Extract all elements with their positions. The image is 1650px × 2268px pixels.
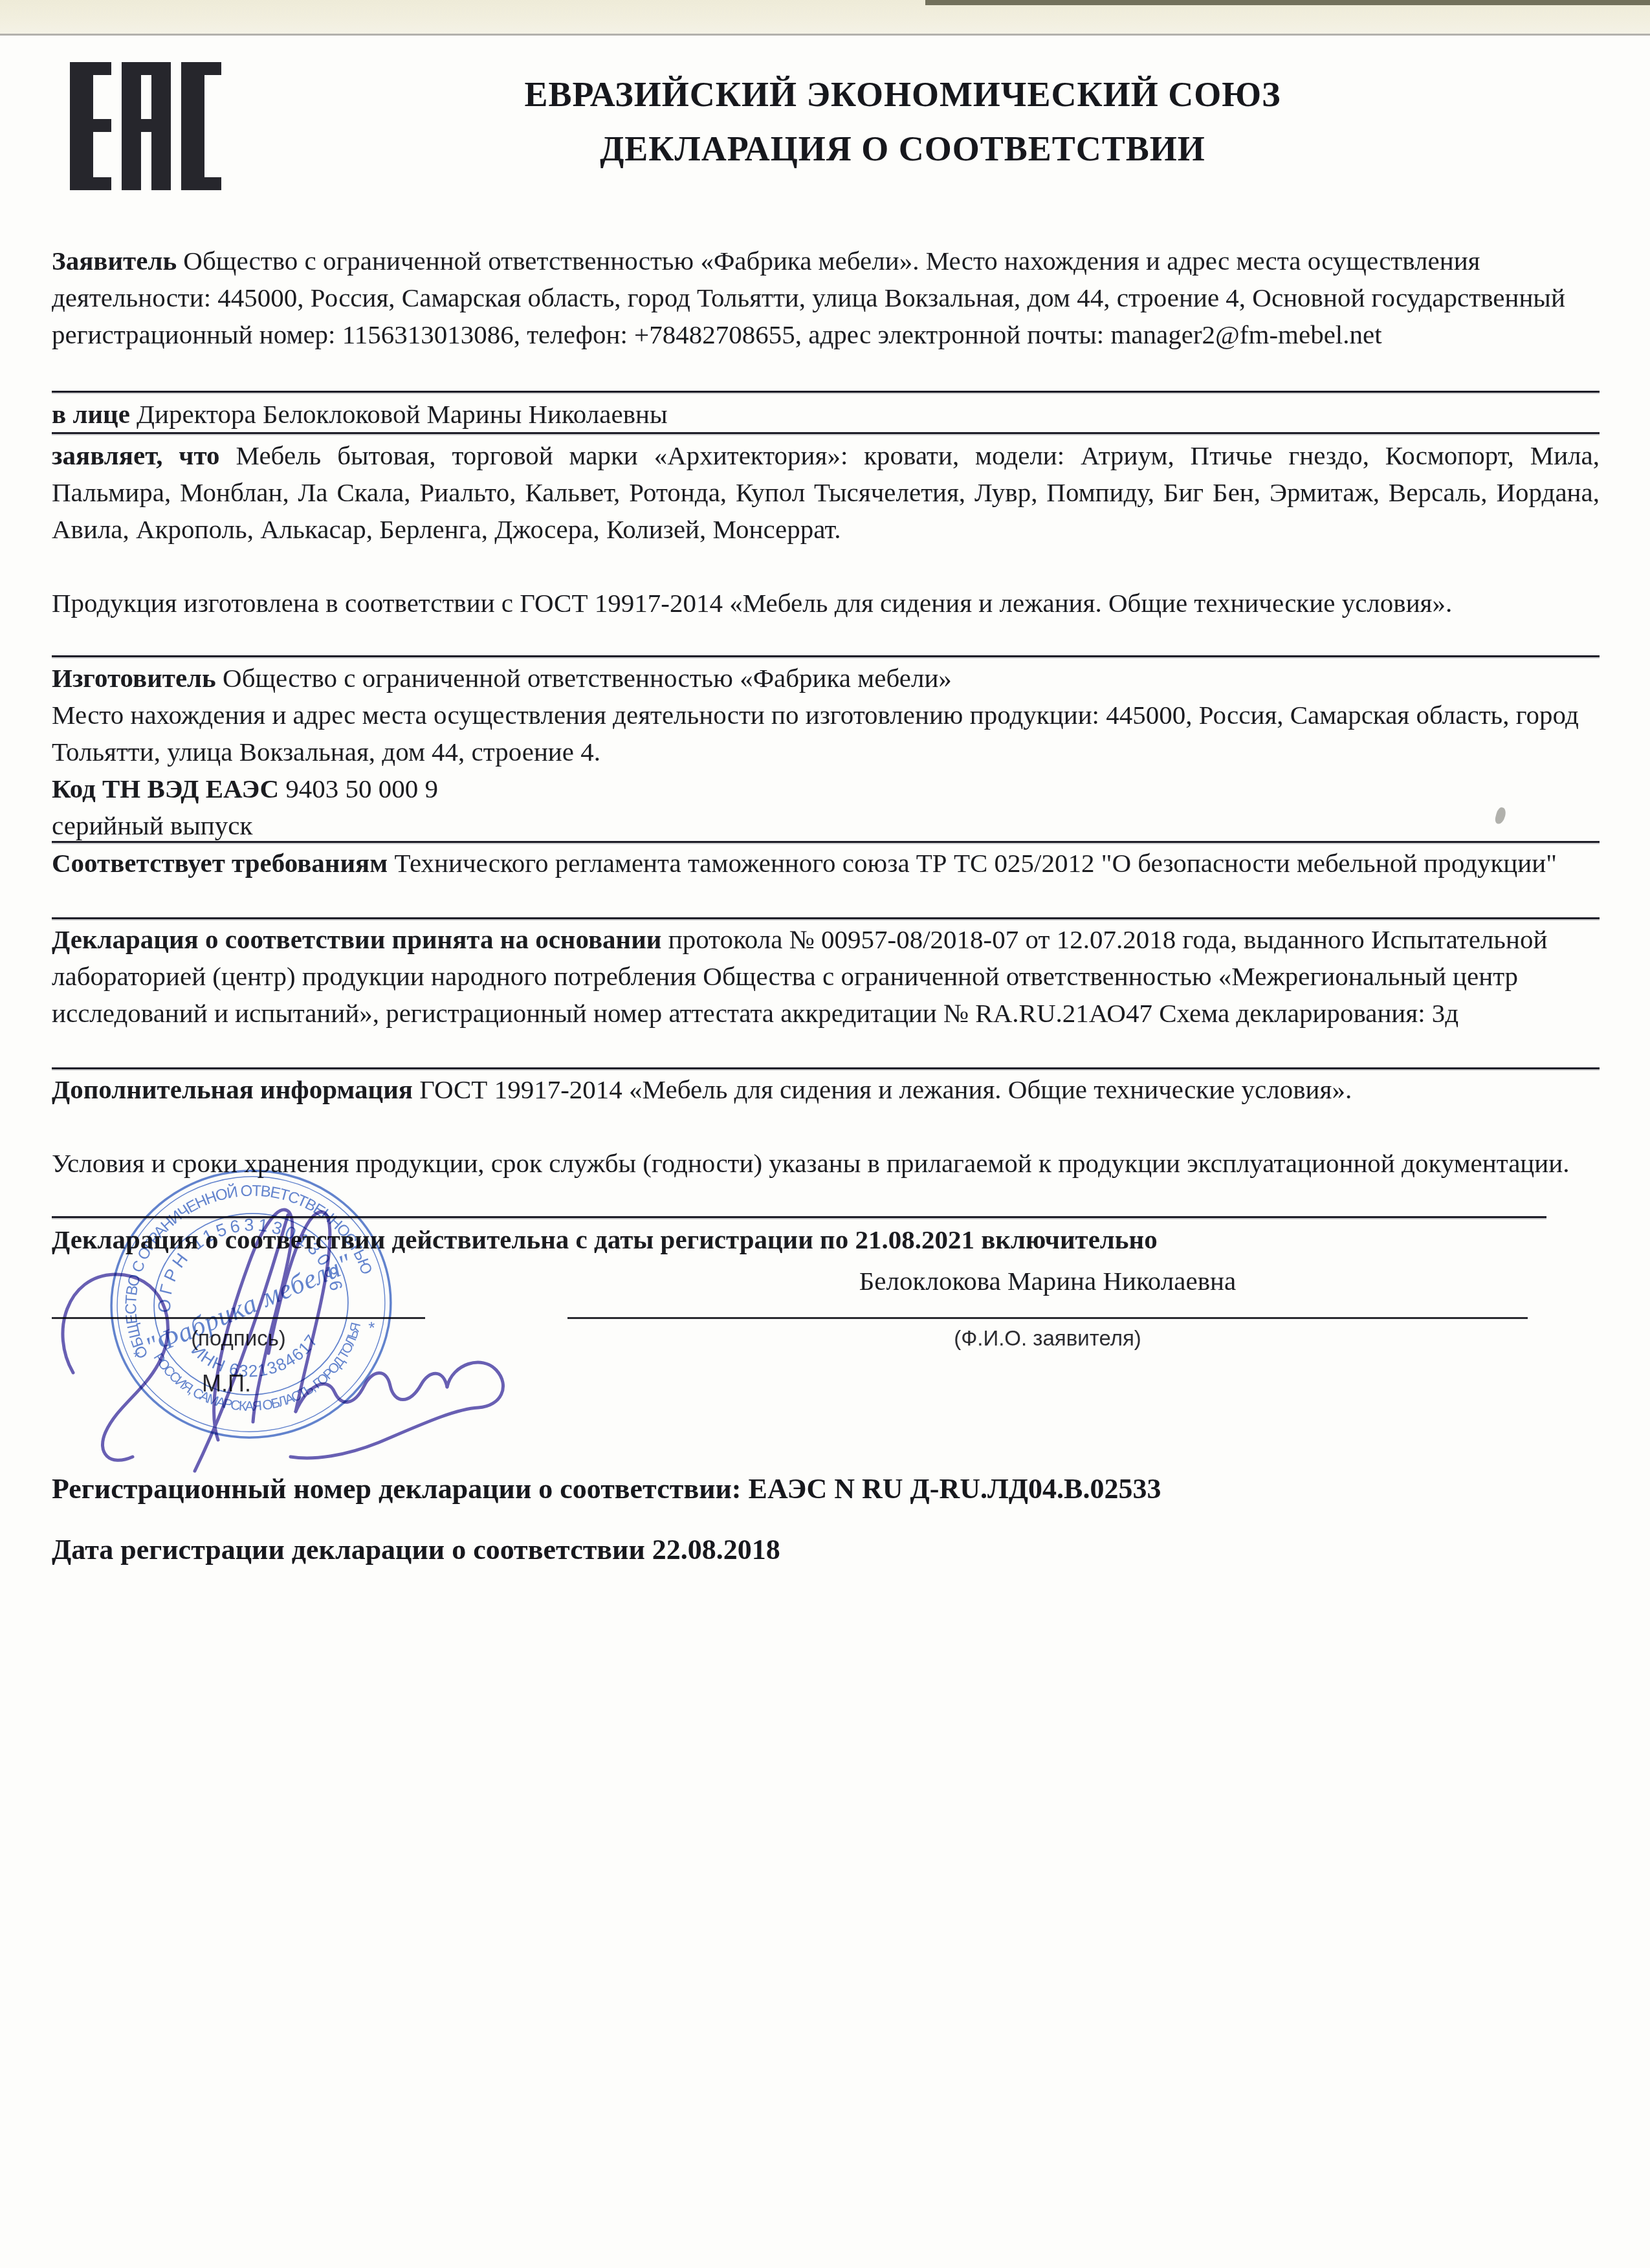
tnved-line: Код ТН ВЭД ЕАЭС9403 50 000 9	[52, 770, 1600, 807]
section-divider	[52, 391, 1600, 393]
tnved-label: Код ТН ВЭД ЕАЭС	[52, 774, 285, 803]
additional-label: Дополнительная информация	[52, 1074, 419, 1104]
complies-paragraph: Соответствует требованиямТехнического ре…	[52, 845, 1600, 882]
registration-number-label: Регистрационный номер декларации о соотв…	[52, 1473, 742, 1505]
validity-line: Декларация о соответствии действительна …	[52, 1221, 1600, 1258]
section-divider	[52, 841, 1600, 843]
registration-date-value: 22.08.2018	[645, 1534, 780, 1565]
fio-line	[567, 1317, 1528, 1319]
signature-line	[52, 1317, 425, 1319]
title-line-2: ДЕКЛАРАЦИЯ О СООТВЕТСТВИИ	[388, 122, 1417, 176]
registration-date-label: Дата регистрации декларации о соответств…	[52, 1534, 645, 1565]
stamp-place-label: М.П.	[162, 1370, 291, 1397]
eac-logo-icon	[70, 62, 221, 190]
declares-label: заявляет, что	[52, 441, 236, 470]
declares-paragraph: заявляет, чтоМебель бытовая, торговой ма…	[52, 437, 1600, 548]
manufacturer-paragraph: ИзготовительОбщество с ограниченной отве…	[52, 660, 1600, 697]
applicant-name: Белоклокова Марина Николаевна	[567, 1263, 1528, 1300]
declares-text: Мебель бытовая, торговой марки «Архитект…	[52, 441, 1600, 544]
title-line-1: ЕВРАЗИЙСКИЙ ЭКОНОМИЧЕСКИЙ СОЮЗ	[388, 67, 1417, 122]
applicant-paragraph: ЗаявительОбщество с ограниченной ответст…	[52, 243, 1600, 353]
applicant-label: Заявитель	[52, 246, 183, 276]
storage-paragraph: Условия и сроки хранения продукции, срок…	[52, 1145, 1600, 1182]
registration-date-line: Дата регистрации декларации о соответств…	[52, 1531, 1618, 1569]
in-person-paragraph: в лицеДиректора Белоклоковой Марины Нико…	[52, 396, 1600, 433]
applicant-text: Общество с ограниченной ответственностью…	[52, 246, 1565, 349]
section-divider	[52, 432, 1600, 434]
additional-text: ГОСТ 19917-2014 «Мебель для сидения и ле…	[419, 1074, 1352, 1104]
manufacturer-address: Место нахождения и адрес места осуществл…	[52, 697, 1600, 770]
serial-line: серийный выпуск	[52, 807, 1600, 844]
basis-label: Декларация о соответствии принята на осн…	[52, 924, 668, 954]
scan-edge-line	[0, 34, 1650, 36]
document-title: ЕВРАЗИЙСКИЙ ЭКОНОМИЧЕСКИЙ СОЮЗ ДЕКЛАРАЦИ…	[388, 67, 1417, 176]
complies-text: Технического регламента таможенного союз…	[394, 848, 1557, 878]
made-per-text: Продукция изготовлена в соответствии с Г…	[52, 588, 1452, 618]
in-person-text: Директора Белоклоковой Марины Николаевны	[137, 399, 667, 429]
made-per-paragraph: Продукция изготовлена в соответствии с Г…	[52, 585, 1600, 622]
manufacturer-address-text: Место нахождения и адрес места осуществл…	[52, 700, 1579, 767]
section-divider	[52, 1067, 1600, 1069]
validity-text: Декларация о соответствии действительна …	[52, 1225, 1158, 1254]
fio-caption: (Ф.И.О. заявителя)	[567, 1326, 1528, 1351]
registration-number-value: ЕАЭС N RU Д-RU.ЛД04.В.02533	[742, 1473, 1161, 1505]
tnved-code: 9403 50 000 9	[285, 774, 438, 803]
section-divider	[52, 655, 1600, 657]
serial-text: серийный выпуск	[52, 811, 252, 840]
section-divider	[52, 1216, 1546, 1218]
in-person-label: в лице	[52, 399, 137, 429]
signature-caption: (подпись)	[52, 1326, 425, 1351]
manufacturer-label: Изготовитель	[52, 663, 223, 693]
storage-text: Условия и сроки хранения продукции, срок…	[52, 1148, 1569, 1178]
company-stamp: ОБЩЕСТВО С ОГРАНИЧЕННОЙ ОТВЕТСТВЕННОСТЬЮ…	[102, 1162, 400, 1446]
additional-paragraph: Дополнительная информацияГОСТ 19917-2014…	[52, 1071, 1600, 1108]
section-divider	[52, 917, 1600, 919]
registration-number-line: Регистрационный номер декларации о соотв…	[52, 1470, 1618, 1509]
complies-label: Соответствует требованиям	[52, 848, 394, 878]
declaration-document: ЕВРАЗИЙСКИЙ ЭКОНОМИЧЕСКИЙ СОЮЗ ДЕКЛАРАЦИ…	[0, 0, 1650, 2268]
scan-edge-dark-strip	[925, 0, 1650, 5]
manufacturer-text: Общество с ограниченной ответственностью…	[223, 663, 952, 693]
basis-paragraph: Декларация о соответствии принята на осн…	[52, 921, 1600, 1032]
